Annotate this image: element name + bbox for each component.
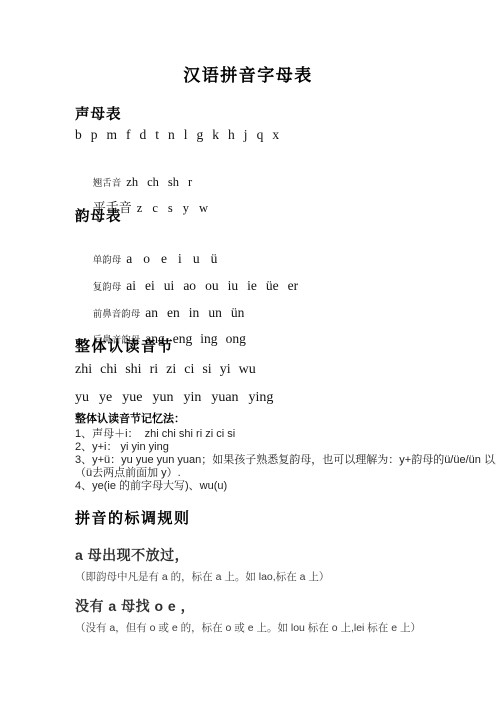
syllable: p — [91, 127, 98, 142]
syllable: üe — [266, 278, 279, 293]
tone-rule-1: a 母出现不放过， — [75, 545, 189, 565]
pingsheyin-letters: zcsyw — [137, 201, 218, 215]
zhengti-row2: yuyeyueyunyinyuanying — [75, 390, 283, 406]
zhengti-heading: 整体认读音节 — [75, 335, 174, 356]
syllable: t — [155, 127, 159, 142]
syllable: eng — [173, 331, 193, 346]
syllable: g — [197, 127, 204, 142]
syllable: n — [168, 127, 175, 142]
biaodiao-heading: 拼音的标调规则 — [75, 507, 191, 528]
syllable: ing — [200, 331, 217, 346]
syllable: c — [152, 201, 158, 215]
syllable: ci — [184, 362, 194, 377]
tone-rule-2: 没有 a 母找 o e ， — [75, 596, 195, 616]
syllable: ye — [99, 390, 112, 405]
syllable: z — [137, 201, 143, 215]
syllable: er — [288, 278, 299, 293]
zhengti-row1: zhichishirizicisiyiwu — [75, 362, 264, 378]
syllable: yi — [220, 362, 231, 377]
syllable: s — [168, 201, 173, 215]
shengmu-letters-row: bpmfdtnlgkhjqx — [75, 127, 288, 143]
syllable: x — [272, 127, 279, 142]
syllable: yue — [122, 390, 142, 405]
syllable: chi — [100, 362, 117, 377]
syllable: yun — [152, 390, 173, 405]
yunmu-heading: 韵母表 — [75, 205, 122, 226]
syllable: ong — [226, 331, 246, 346]
syllable: yuan — [211, 390, 238, 405]
document-page: 汉语拼音字母表 声母表 bpmfdtnlgkhjqx 翘舌音zhchshr 平舌… — [0, 0, 496, 702]
syllable: q — [257, 127, 264, 142]
page-title: 汉语拼音字母表 — [0, 61, 496, 86]
syllable: zhi — [75, 362, 92, 377]
syllable: yu — [75, 390, 89, 405]
shengmu-heading: 声母表 — [75, 103, 122, 124]
syllable: ying — [249, 390, 274, 405]
syllable: zi — [166, 362, 176, 377]
syllable: wu — [239, 362, 256, 377]
syllable: m — [107, 127, 118, 142]
syllable: y — [183, 201, 189, 215]
syllable: d — [140, 127, 147, 142]
syllable: yin — [183, 390, 201, 405]
tone-rule-2-note: （没有 a，但有 o 或 e 的，标在 o 或 e 上。如 lou 标在 o 上… — [75, 620, 421, 635]
syllable: k — [212, 127, 219, 142]
memory-heading: 整体认读音节记忆法： — [75, 410, 185, 426]
syllable: h — [228, 127, 235, 142]
tone-rule-1-note: （即韵母中凡是有 a 的，标在 a 上。如 lao,标在 a 上） — [75, 569, 329, 584]
memory-tip-4: 4、ye(ie 的前字母大写)、wu(u) — [75, 477, 227, 493]
syllable: l — [184, 127, 188, 142]
syllable: b — [75, 127, 82, 142]
syllable: ri — [150, 362, 159, 377]
syllable: si — [202, 362, 211, 377]
syllable: f — [126, 127, 131, 142]
syllable: j — [244, 127, 248, 142]
syllable: w — [199, 201, 208, 215]
syllable: shi — [125, 362, 141, 377]
